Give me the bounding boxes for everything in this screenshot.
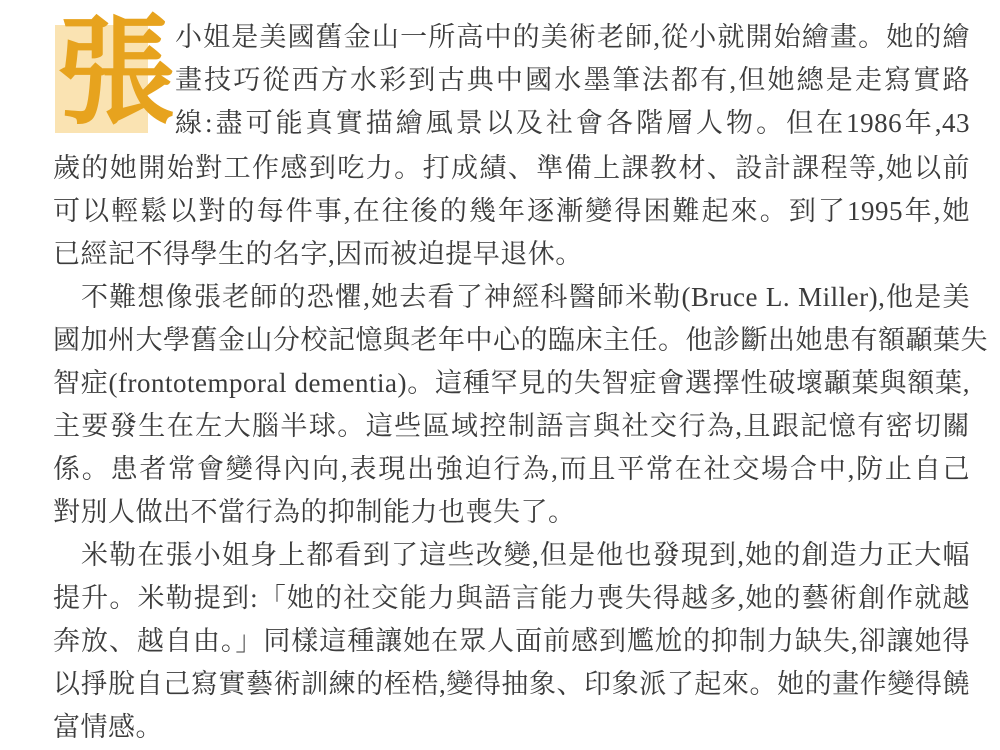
text-line-1: 小姐是美國舊金山一所高中的美術老師,從小就開始繪畫。她的繪 <box>175 16 970 59</box>
text-line-13-paragraph-3-start: 米勒在張小姐身上都看到了這些改變,但是他也發現到,她的創造力正大幅 <box>53 534 970 577</box>
dropcap-character: 張 <box>57 20 175 128</box>
text-line-17-paragraph-3-end: 富情感。 <box>53 706 970 749</box>
article-body: 歲的她開始對工作感到吃力。打成績、準備上課教材、設計課程等,她以前 可以輕鬆以對… <box>53 147 970 749</box>
paragraph-1-beside-dropcap: 小姐是美國舊金山一所高中的美術老師,從小就開始繪畫。她的繪 畫技巧從西方水彩到古… <box>175 16 970 145</box>
text-line-7-paragraph-2-start: 不難想像張老師的恐懼,她去看了神經科醫師米勒(Bruce L. Miller),… <box>53 276 970 319</box>
text-line-6-paragraph-1-end: 已經記不得學生的名字,因而被迫提早退休。 <box>53 233 970 276</box>
text-line-4: 歲的她開始對工作感到吃力。打成績、準備上課教材、設計課程等,她以前 <box>53 147 970 190</box>
text-line-11: 係。患者常會變得內向,表現出強迫行為,而且平常在社交場合中,防止自己 <box>53 448 970 491</box>
text-line-12-paragraph-2-end: 對別人做出不當行為的抑制能力也喪失了。 <box>53 491 970 534</box>
text-line-3: 線:盡可能真實描繪風景以及社會各階層人物。但在1986年,43 <box>175 102 970 145</box>
text-line-16: 以掙脫自己寫實藝術訓練的桎梏,變得抽象、印象派了起來。她的畫作變得饒 <box>53 663 970 706</box>
text-line-10: 主要發生在左大腦半球。這些區域控制語言與社交行為,且跟記憶有密切關 <box>53 405 970 448</box>
text-line-2: 畫技巧從西方水彩到古典中國水墨筆法都有,但她總是走寫實路 <box>175 59 970 102</box>
text-line-9: 智症(frontotemporal dementia)。這種罕見的失智症會選擇性… <box>53 362 970 405</box>
article-page: 張 小姐是美國舊金山一所高中的美術老師,從小就開始繪畫。她的繪 畫技巧從西方水彩… <box>0 0 1000 750</box>
text-line-15: 奔放、越自由。」同樣這種讓她在眾人面前感到尷尬的抑制力缺失,卻讓她得 <box>53 620 970 663</box>
text-line-5: 可以輕鬆以對的每件事,在往後的幾年逐漸變得困難起來。到了1995年,她 <box>53 190 970 233</box>
text-line-14: 提升。米勒提到:「她的社交能力與語言能力喪失得越多,她的藝術創作就越 <box>53 577 970 620</box>
text-line-8: 國加州大學舊金山分校記憶與老年中心的臨床主任。他診斷出她患有額顳葉失 <box>53 319 970 362</box>
